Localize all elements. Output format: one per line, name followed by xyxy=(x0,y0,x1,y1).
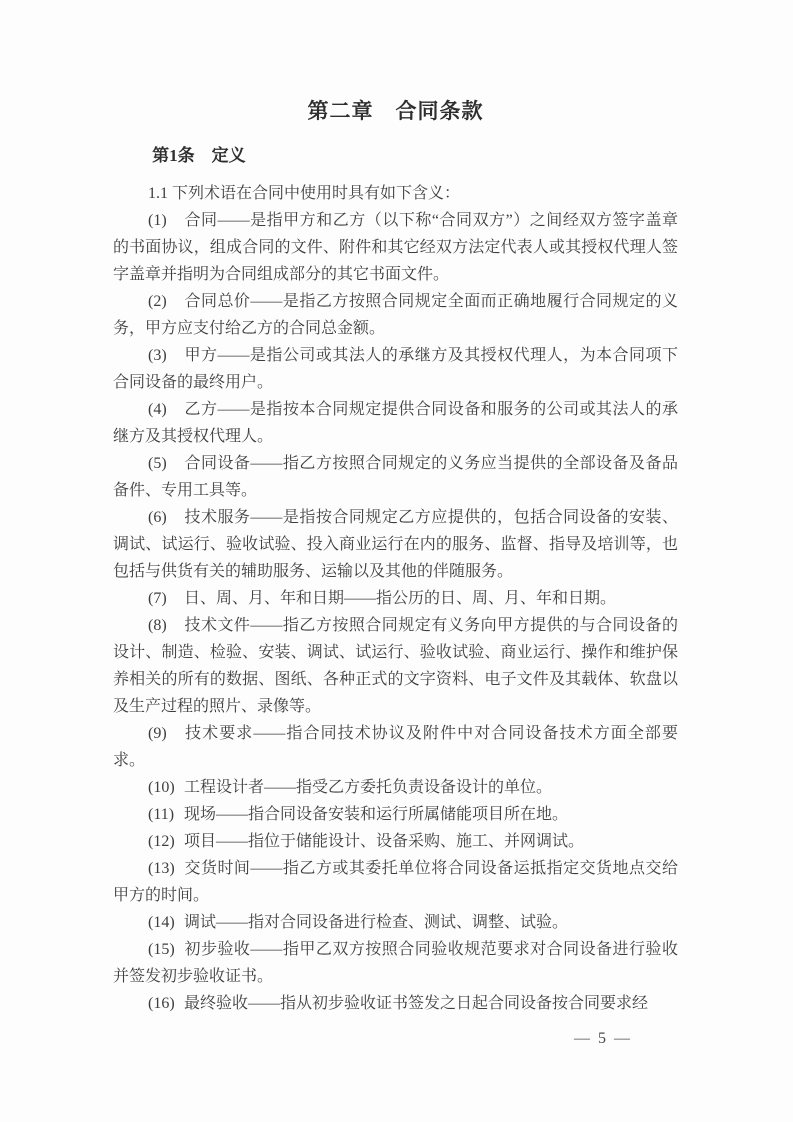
definition-number: (9) xyxy=(148,720,184,747)
article-heading: 第1条 定义 xyxy=(113,143,678,169)
definition-item: (8)技术文件——指乙方按照合同规定有义务向甲方提供的与合同设备的设计、制造、检… xyxy=(113,612,678,720)
definition-text: 调试——指对合同设备进行检查、测试、调整、试验。 xyxy=(184,914,568,931)
definition-number: (2) xyxy=(148,288,184,315)
definition-number: (1) xyxy=(148,207,184,234)
definition-number: (13) xyxy=(148,855,184,882)
definition-item: (15)初步验收——指甲乙双方按照合同验收规范要求对合同设备进行验收并签发初步验… xyxy=(113,936,678,990)
definition-text: 交货时间——指乙方或其委托单位将合同设备运抵指定交货地点交给甲方的时间。 xyxy=(113,860,678,904)
definition-text: 日、周、月、年和日期——指公历的日、周、月、年和日期。 xyxy=(184,590,616,607)
definition-item: (7)日、周、月、年和日期——指公历的日、周、月、年和日期。 xyxy=(113,585,678,612)
page-number: — 5 — xyxy=(553,1030,653,1048)
definition-item: (12)项目——指位于储能设计、设备采购、施工、并网调试。 xyxy=(113,828,678,855)
definition-number: (4) xyxy=(148,396,184,423)
definition-text: 合同——是指甲方和乙方（以下称“合同双方”）之间经双方签字盖章的书面协议，组成合… xyxy=(113,212,678,283)
document-page: 第二章 合同条款 第1条 定义 1.1 下列术语在合同中使用时具有如下含义： (… xyxy=(0,0,793,1122)
definition-text: 最终验收——指从初步验收证书签发之日起合同设备按合同要求经 xyxy=(184,995,648,1012)
definition-number: (5) xyxy=(148,450,184,477)
definitions-list: (1)合同——是指甲方和乙方（以下称“合同双方”）之间经双方签字盖章的书面协议，… xyxy=(113,207,678,1017)
definition-text: 甲方——是指公司或其法人的承继方及其授权代理人，为本合同项下合同设备的最终用户。 xyxy=(113,347,678,391)
definition-number: (6) xyxy=(148,504,184,531)
definition-text: 项目——指位于储能设计、设备采购、施工、并网调试。 xyxy=(184,833,584,850)
definition-text: 技术要求——指合同技术协议及附件中对合同设备技术方面全部要求。 xyxy=(113,725,678,769)
definition-text: 技术服务——是指按合同规定乙方应提供的，包括合同设备的安装、调试、试运行、验收试… xyxy=(113,509,678,580)
definition-text: 工程设计者——指受乙方委托负责设备设计的单位。 xyxy=(184,779,552,796)
definition-text: 初步验收——指甲乙双方按照合同验收规范要求对合同设备进行验收并签发初步验收证书。 xyxy=(113,941,678,985)
definition-number: (16) xyxy=(148,990,184,1017)
definition-text: 合同设备——指乙方按照合同规定的义务应当提供的全部设备及备品备件、专用工具等。 xyxy=(113,455,678,499)
definition-number: (8) xyxy=(148,612,184,639)
definition-text: 技术文件——指乙方按照合同规定有义务向甲方提供的与合同设备的设计、制造、检验、安… xyxy=(113,617,678,715)
definition-number: (11) xyxy=(148,801,184,828)
definition-item: (3)甲方——是指公司或其法人的承继方及其授权代理人，为本合同项下合同设备的最终… xyxy=(113,342,678,396)
definition-number: (3) xyxy=(148,342,184,369)
definition-item: (11)现场——指合同设备安装和运行所属储能项目所在地。 xyxy=(113,801,678,828)
definition-number: (10) xyxy=(148,774,184,801)
definition-text: 合同总价——是指乙方按照合同规定全面而正确地履行合同规定的义务，甲方应支付给乙方… xyxy=(113,293,678,337)
intro-clause: 1.1 下列术语在合同中使用时具有如下含义： xyxy=(113,180,678,207)
definition-text: 现场——指合同设备安装和运行所属储能项目所在地。 xyxy=(184,806,568,823)
definition-number: (15) xyxy=(148,936,184,963)
definition-item: (4)乙方——是指按本合同规定提供合同设备和服务的公司或其法人的承继方及其授权代… xyxy=(113,396,678,450)
definition-item: (6)技术服务——是指按合同规定乙方应提供的，包括合同设备的安装、调试、试运行、… xyxy=(113,504,678,585)
definition-item: (14)调试——指对合同设备进行检查、测试、调整、试验。 xyxy=(113,909,678,936)
definition-item: (13)交货时间——指乙方或其委托单位将合同设备运抵指定交货地点交给甲方的时间。 xyxy=(113,855,678,909)
definition-number: (12) xyxy=(148,828,184,855)
definition-number: (14) xyxy=(148,909,184,936)
chapter-title: 第二章 合同条款 xyxy=(113,96,678,126)
definition-item: (16)最终验收——指从初步验收证书签发之日起合同设备按合同要求经 xyxy=(113,990,678,1017)
definition-item: (2)合同总价——是指乙方按照合同规定全面而正确地履行合同规定的义务，甲方应支付… xyxy=(113,288,678,342)
definition-item: (10)工程设计者——指受乙方委托负责设备设计的单位。 xyxy=(113,774,678,801)
definition-text: 乙方——是指按本合同规定提供合同设备和服务的公司或其法人的承继方及其授权代理人。 xyxy=(113,401,678,445)
definition-number: (7) xyxy=(148,585,184,612)
definition-item: (5)合同设备——指乙方按照合同规定的义务应当提供的全部设备及备品备件、专用工具… xyxy=(113,450,678,504)
definition-item: (9)技术要求——指合同技术协议及附件中对合同设备技术方面全部要求。 xyxy=(113,720,678,774)
definition-item: (1)合同——是指甲方和乙方（以下称“合同双方”）之间经双方签字盖章的书面协议，… xyxy=(113,207,678,288)
